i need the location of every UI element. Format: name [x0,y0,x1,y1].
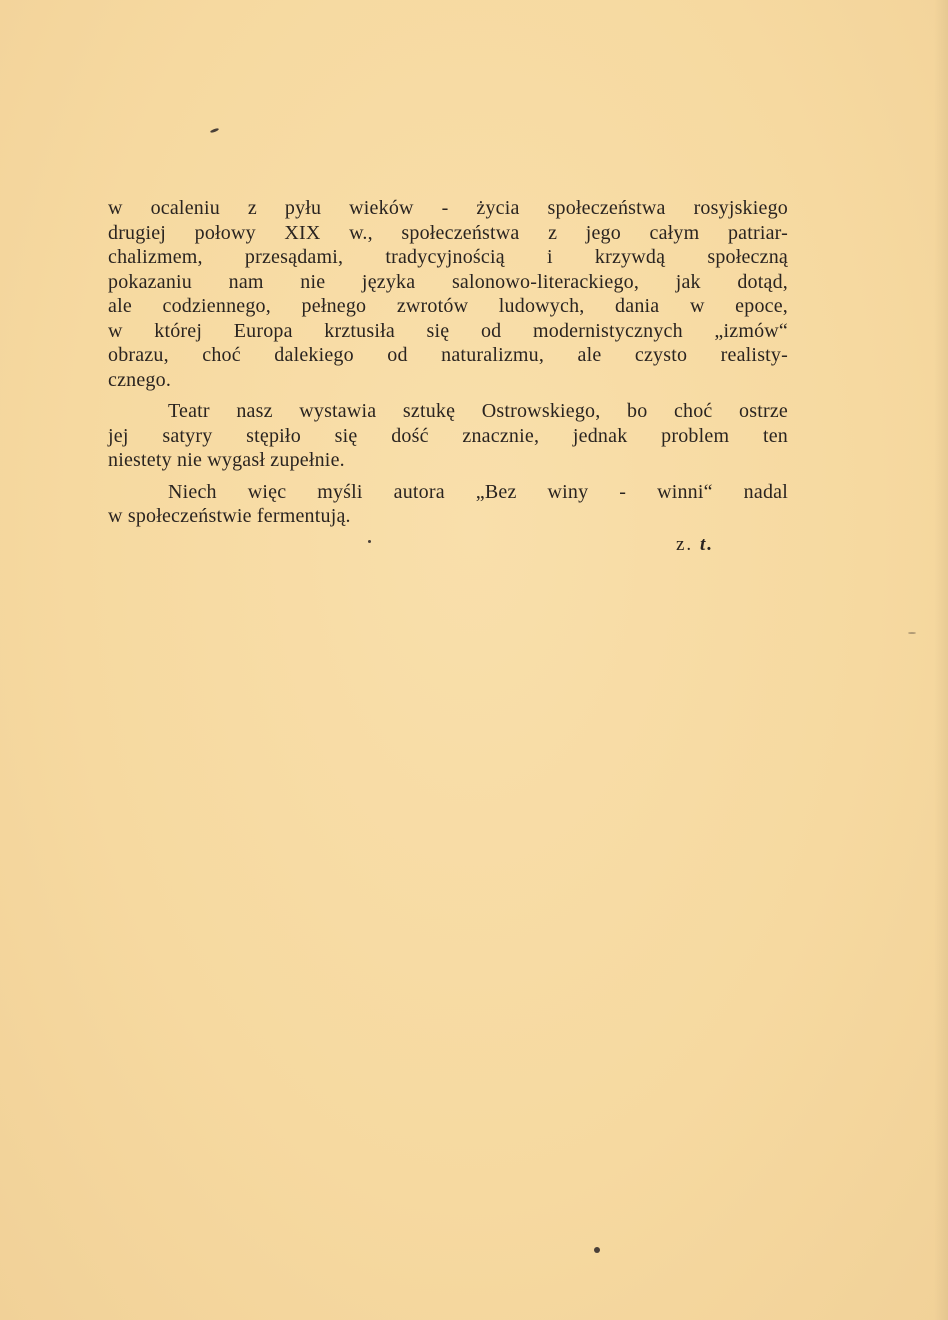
text-line: ale codziennego, pełnego zwrotów ludowyc… [108,294,788,319]
article-body: w ocaleniu z pyłu wieków - życia społecz… [108,196,788,529]
text-line: Teatr nasz wystawia sztukę Ostrowskiego,… [108,399,788,424]
paragraph-1: w ocaleniu z pyłu wieków - życia społecz… [108,196,788,392]
text-line: jej satyry stępiło się dość znacznie, je… [108,424,788,449]
text-line: w społeczeństwie fermentują. [108,504,788,529]
text-line: pokazaniu nam nie języka salonowo-litera… [108,270,788,295]
text-line: niestety nie wygasł zupełnie. [108,448,788,473]
signature-initial-t: t. [700,534,714,555]
paper-speck [368,540,371,543]
text-line: w ocaleniu z pyłu wieków - życia społecz… [108,196,788,221]
scanned-page: w ocaleniu z pyłu wieków - życia społecz… [0,0,948,1320]
text-line: drugiej połowy XIX w., społeczeństwa z j… [108,221,788,246]
text-line: chalizmem, przesądami, tradycyjnością i … [108,245,788,270]
text-line: Niech więc myśli autora „Bez winy - winn… [108,480,788,505]
paper-speck [594,1247,600,1253]
paragraph-3: Niech więc myśli autora „Bez winy - winn… [108,480,788,529]
paragraph-2: Teatr nasz wystawia sztukę Ostrowskiego,… [108,399,788,473]
page-edge-shadow [934,0,948,1320]
text-line: cznego. [108,368,788,393]
signature-initial-z: z. [676,534,693,555]
text-line: w której Europa krztusiła się od moderni… [108,319,788,344]
paper-speck [908,632,916,634]
paper-speck [210,128,219,134]
text-line: obrazu, choć dalekiego od naturalizmu, a… [108,343,788,368]
author-signature: z. t. [676,534,714,556]
